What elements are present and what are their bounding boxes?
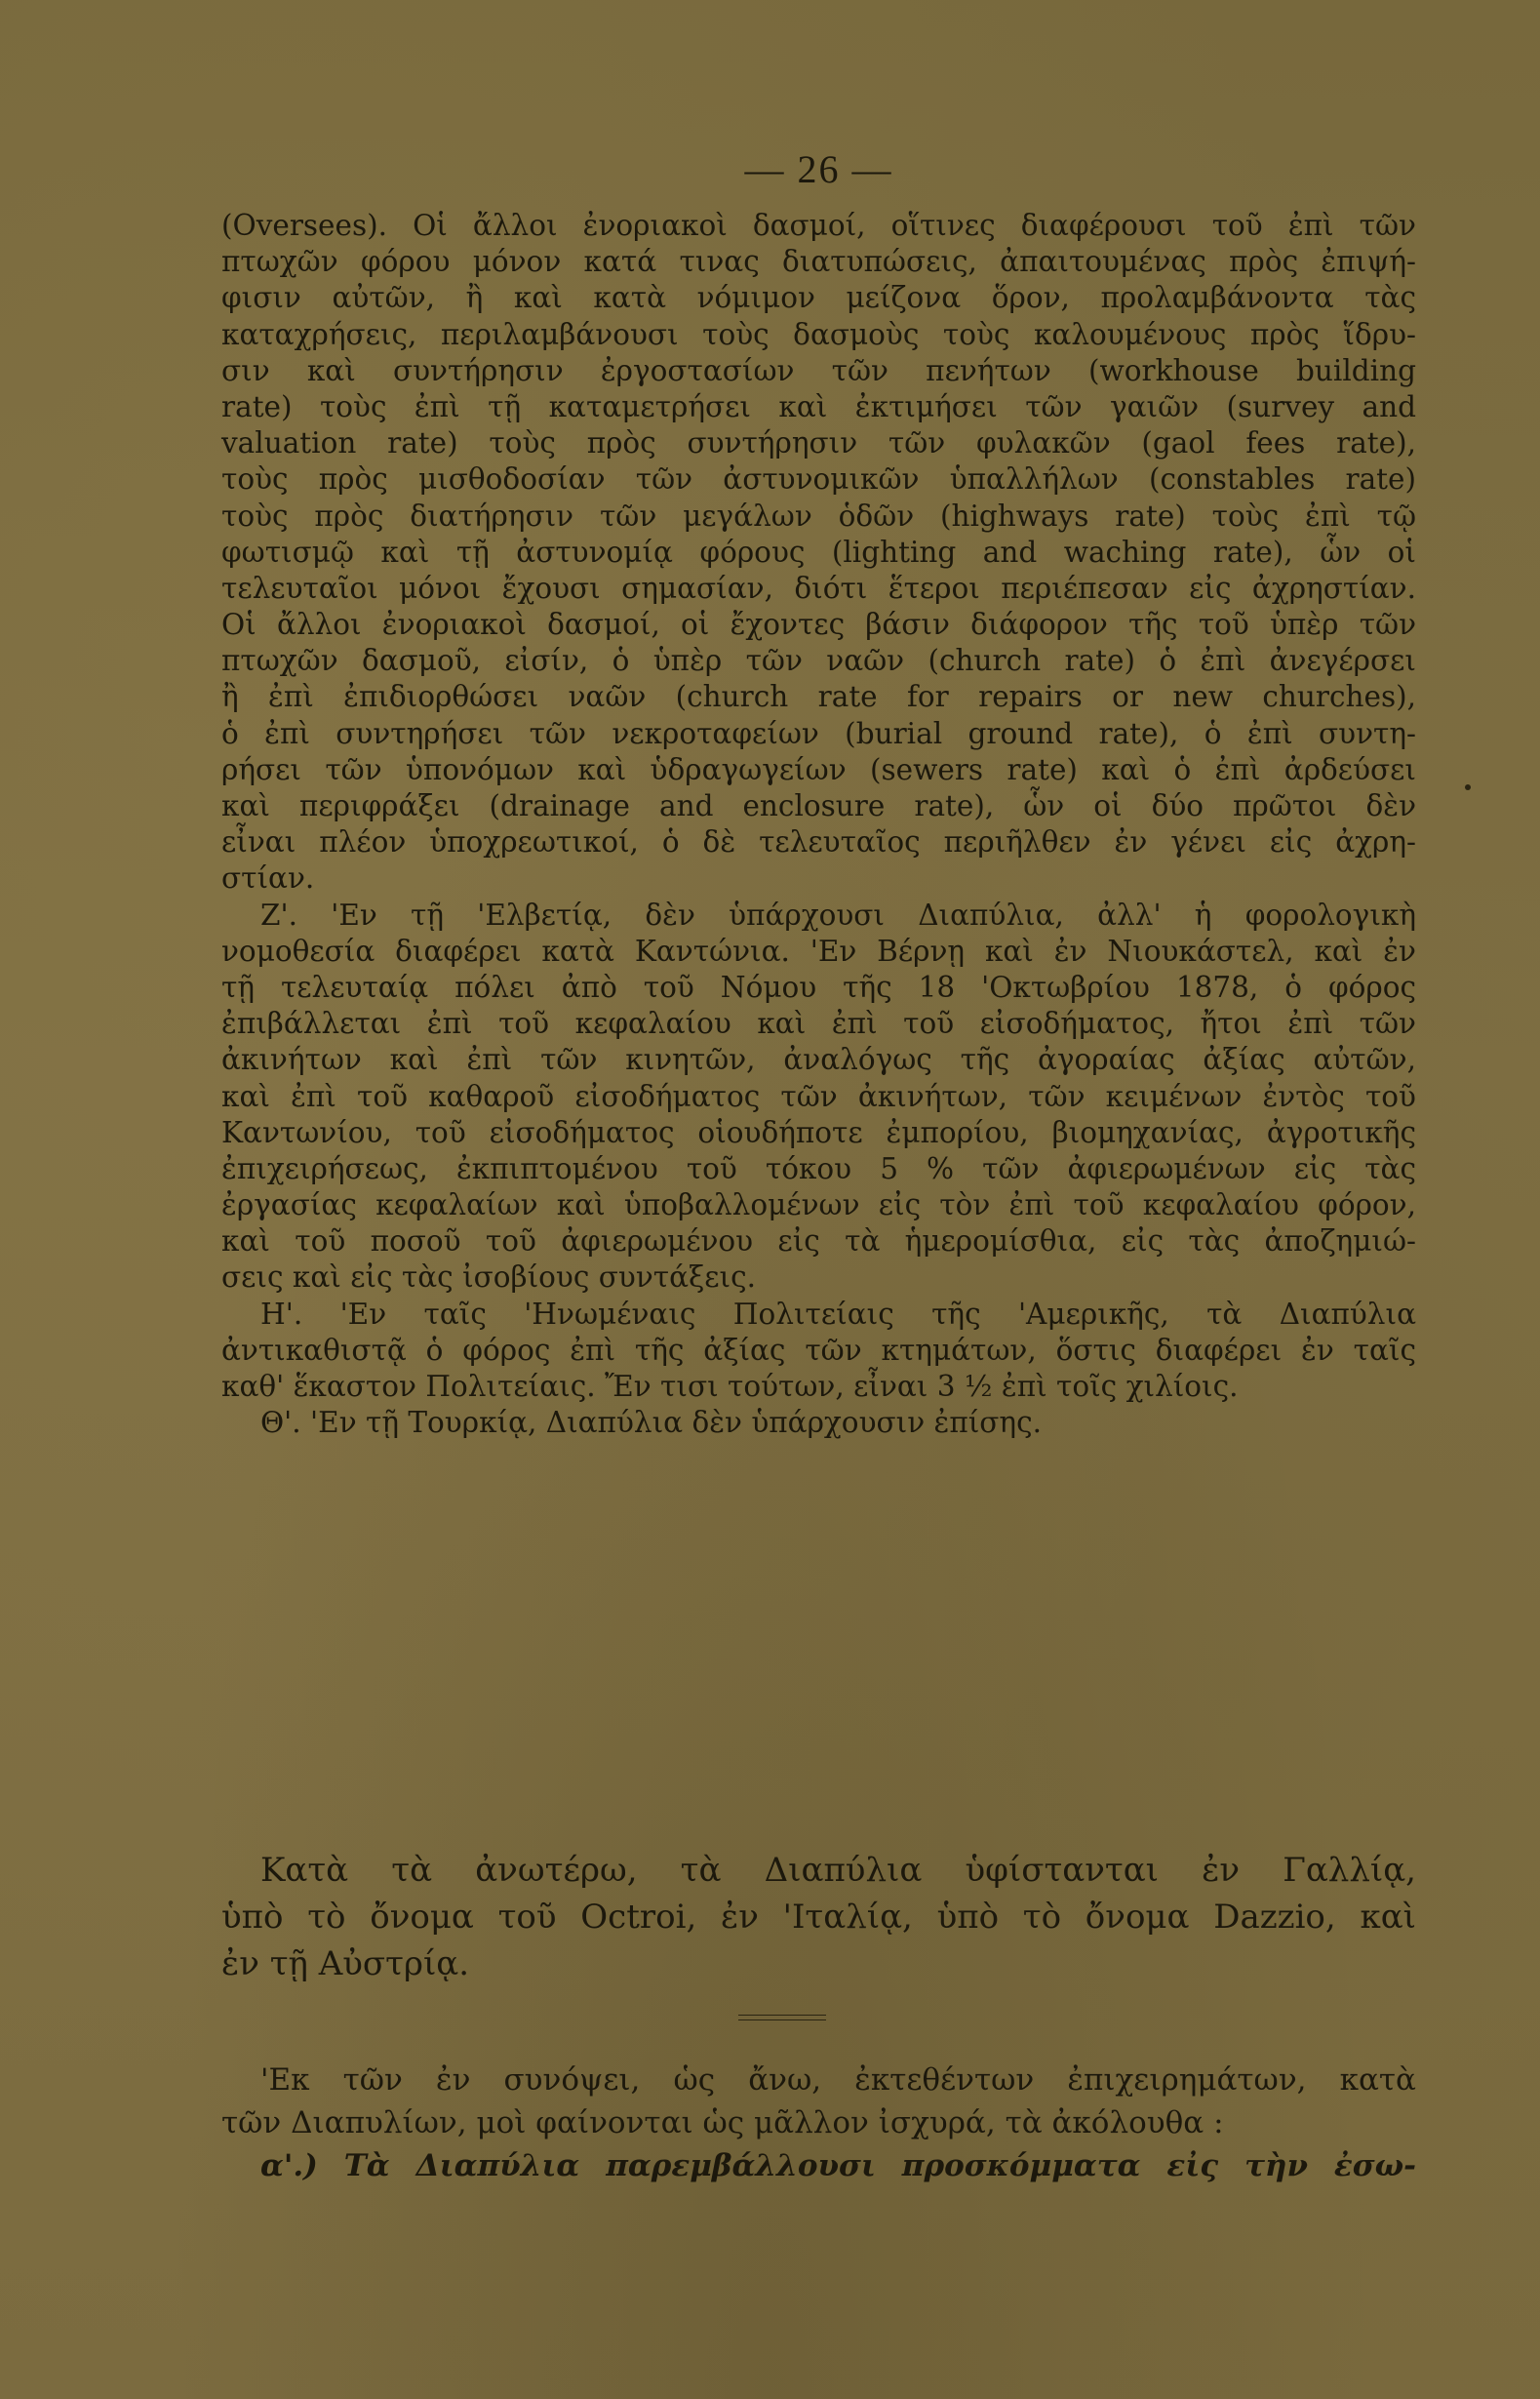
text-line: (Oversees). Οἱ ἄλλοι ἐνοριακοὶ δασμοί, ο…: [221, 208, 1416, 244]
text-line: καὶ περιφράξει (drainage and enclosure r…: [221, 788, 1416, 824]
paragraph-other-parish-rates: Οἱ ἄλλοι ἐνοριακοὶ δασμοί, οἱ ἔχοντες βά…: [221, 607, 1416, 898]
text-line: τῶν Διαπυλίων, μοὶ φαίνονται ὡς μᾶλλον ἰ…: [221, 2101, 1416, 2144]
text-line: καὶ τοῦ ποσοῦ τοῦ ἀφιερωμένου εἰς τὰ ἡμε…: [221, 1223, 1416, 1259]
summary-paragraph: Κατὰ τὰ ἀνωτέρω, τὰ Διαπύλια ὑφίστανται …: [221, 1847, 1416, 1987]
text-line: Ζ'. 'Εν τῇ 'Ελβετίᾳ, δὲν ὑπάρχουσι Διαπύ…: [221, 898, 1416, 934]
text-line: τοὺς πρὸς διατήρησιν τῶν μεγάλων ὁδῶν (h…: [221, 499, 1416, 535]
text-line: τελευταῖοι μόνοι ἔχουσι σημασίαν, διότι …: [221, 571, 1416, 607]
paragraph-turkey: Θ'. 'Εν τῇ Τουρκίᾳ, Διαπύλια δὲν ὑπάρχου…: [221, 1405, 1416, 1441]
argument-heading-alpha: α'.) Τὰ Διαπύλια παρεμβάλλουσι προσκόμμα…: [221, 2144, 1416, 2187]
text-line: ἐν τῇ Αὐστρίᾳ.: [221, 1940, 1416, 1987]
text-line: σιν καὶ συντήρησιν ἐργοστασίων τῶν πενήτ…: [221, 353, 1416, 389]
text-line: εἶναι πλέον ὑποχρεωτικοί, ὁ δὲ τελευταῖο…: [221, 824, 1416, 860]
text-line: ἐπιβάλλεται ἐπὶ τοῦ κεφαλαίου καὶ ἐπὶ το…: [221, 1006, 1416, 1042]
arguments-section: 'Εκ τῶν ἐν συνόψει, ὡς ἄνω, ἐκτεθέντων ἐ…: [221, 2059, 1416, 2187]
section-divider-rule: [738, 2015, 826, 2020]
text-line: ἐργασίας κεφαλαίων καὶ ὑποβαλλομένων εἰς…: [221, 1187, 1416, 1223]
text-line: τοὺς πρὸς μισθοδοσίαν τῶν ἀστυνομικῶν ὑπ…: [221, 461, 1416, 498]
text-line: σεις καὶ εἰς τὰς ἰσοβίους συντάξεις.: [221, 1259, 1416, 1296]
text-line: στίαν.: [221, 860, 1416, 897]
text-line: φισιν αὐτῶν, ἢ καὶ κατὰ νόμιμον μείζονα …: [221, 280, 1416, 316]
text-line: valuation rate) τοὺς πρὸς συντήρησιν τῶν…: [221, 425, 1416, 461]
paragraph-united-states: Η'. 'Εν ταῖς 'Ηνωμέναις Πολιτείαις τῆς '…: [221, 1297, 1416, 1406]
text-line: ἀντικαθιστᾷ ὁ φόρος ἐπὶ τῆς ἀξίας τῶν κτ…: [221, 1333, 1416, 1369]
text-line: 'Εκ τῶν ἐν συνόψει, ὡς ἄνω, ἐκτεθέντων ἐ…: [221, 2059, 1416, 2101]
paragraph-switzerland: Ζ'. 'Εν τῇ 'Ελβετίᾳ, δὲν ὑπάρχουσι Διαπύ…: [221, 898, 1416, 1297]
text-line: Οἱ ἄλλοι ἐνοριακοὶ δασμοί, οἱ ἔχοντες βά…: [221, 607, 1416, 643]
text-line: ὑπὸ τὸ ὄνομα τοῦ Octroi, ἐν 'Ιταλίᾳ, ὑπὸ…: [221, 1894, 1416, 1940]
page-number: — 26 —: [221, 146, 1416, 192]
text-line: Καντωνίου, τοῦ εἰσοδήματος οἱουδήποτε ἐμ…: [221, 1115, 1416, 1151]
text-line: ρήσει τῶν ὑπονόμων καὶ ὑδραγωγείων (sewe…: [221, 752, 1416, 788]
main-text-block: (Oversees). Οἱ ἄλλοι ἐνοριακοὶ δασμοί, ο…: [221, 208, 1416, 1441]
text-line: ἢ ἐπὶ ἐπιδιορθώσει ναῶν (church rate for…: [221, 679, 1416, 715]
text-line: Κατὰ τὰ ἀνωτέρω, τὰ Διαπύλια ὑφίστανται …: [221, 1847, 1416, 1894]
text-line: πτωχῶν φόρου μόνον κατά τινας διατυπώσει…: [221, 244, 1416, 280]
text-line: Θ'. 'Εν τῇ Τουρκίᾳ, Διαπύλια δὲν ὑπάρχου…: [221, 1405, 1416, 1441]
text-line: rate) τοὺς ἐπὶ τῇ καταμετρήσει καὶ ἐκτιμ…: [221, 389, 1416, 425]
paper-blemish: [1465, 784, 1471, 790]
text-line: ἐπιχειρήσεως, ἐκπιπτομένου τοῦ τόκου 5 %…: [221, 1151, 1416, 1187]
text-line: ὁ ἐπὶ συντηρήσει τῶν νεκροταφείων (buria…: [221, 716, 1416, 752]
text-line: ἀκινήτων καὶ ἐπὶ τῶν κινητῶν, ἀναλόγως τ…: [221, 1042, 1416, 1078]
text-line: φωτισμῷ καὶ τῇ ἀστυνομίᾳ φόρους (lightin…: [221, 535, 1416, 571]
text-line: καταχρήσεις, περιλαμβάνουσι τοὺς δασμοὺς…: [221, 317, 1416, 353]
text-line: καθ' ἕκαστον Πολιτείαις. Ἔν τισι τούτων,…: [221, 1369, 1416, 1405]
text-line: καὶ ἐπὶ τοῦ καθαροῦ εἰσοδήματος τῶν ἀκιν…: [221, 1079, 1416, 1115]
text-line: νομοθεσία διαφέρει κατὰ Καντώνια. 'Εν Βέ…: [221, 934, 1416, 970]
text-line: πτωχῶν δασμοῦ, εἰσίν, ὁ ὑπὲρ τῶν ναῶν (c…: [221, 643, 1416, 679]
text-line: τῇ τελευταίᾳ πόλει ἀπὸ τοῦ Νόμου τῆς 18 …: [221, 970, 1416, 1006]
text-line: Η'. 'Εν ταῖς 'Ηνωμέναις Πολιτείαις τῆς '…: [221, 1297, 1416, 1333]
paragraph-parish-rates: (Oversees). Οἱ ἄλλοι ἐνοριακοὶ δασμοί, ο…: [221, 208, 1416, 607]
